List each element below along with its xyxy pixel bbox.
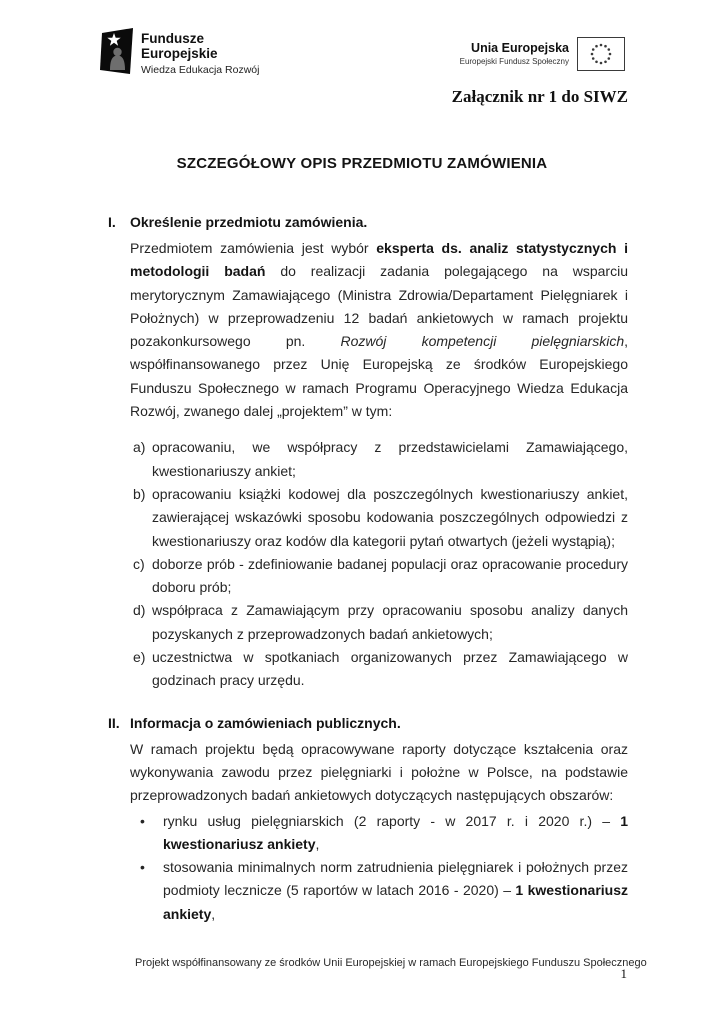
section-2-number: II.: [108, 714, 130, 732]
bullet-marker-icon: •: [140, 856, 163, 926]
attachment-label: Załącznik nr 1 do SIWZ: [452, 87, 628, 107]
list-item-marker: c): [133, 553, 152, 600]
eu-flag-icon: [577, 37, 625, 71]
bullet-item-text: stosowania minimalnych norm zatrudnienia…: [163, 856, 628, 926]
page-number: 1: [621, 966, 628, 982]
eu-logo-text: Unia Europejska Europejski Fundusz Społe…: [460, 42, 569, 66]
fundusze-logo-line1: Fundusze: [141, 31, 259, 46]
bullet-segment: rynku usług pielęgniarskich (2 raporty -…: [163, 813, 620, 829]
list-item: a) opracowaniu, we współpracy z przedsta…: [133, 436, 628, 483]
fundusze-logo-subtitle: Wiedza Edukacja Rozwój: [141, 64, 259, 76]
list-item: e) uczestnictwa w spotkaniach organizowa…: [133, 646, 628, 693]
fundusze-flag-icon: [100, 28, 133, 75]
section-1-title: Określenie przedmiotu zamówienia.: [130, 213, 367, 231]
eu-logo-line2: Europejski Fundusz Społeczny: [460, 57, 569, 66]
list-item: c) doborze prób - zdefiniowanie badanej …: [133, 553, 628, 600]
bullet-marker-icon: •: [140, 810, 163, 857]
fundusze-europejskie-logo: Fundusze Europejskie Wiedza Edukacja Roz…: [100, 28, 259, 76]
section-1-number: I.: [108, 213, 130, 231]
bullet-item: • stosowania minimalnych norm zatrudnien…: [140, 856, 628, 926]
section-1-intro-paragraph: Przedmiotem zamówienia jest wybór eksper…: [130, 237, 628, 423]
document-page: Fundusze Europejskie Wiedza Edukacja Roz…: [0, 0, 725, 1024]
eu-logo-line1: Unia Europejska: [460, 42, 569, 55]
bullet-item: • rynku usług pielęgniarskich (2 raporty…: [140, 810, 628, 857]
fundusze-logo-text: Fundusze Europejskie Wiedza Edukacja Roz…: [141, 28, 259, 76]
list-item: d) współpraca z Zamawiającym przy opraco…: [133, 599, 628, 646]
list-item-marker: d): [133, 599, 152, 646]
list-item-text: opracowaniu, we współpracy z przedstawic…: [152, 436, 628, 483]
section-2-intro-paragraph: W ramach projektu będą opracowywane rapo…: [130, 738, 628, 808]
intro-segment-italic: Rozwój kompetencji pielęgniarskich: [341, 333, 625, 349]
list-item-text: opracowaniu książki kodowej dla poszczeg…: [152, 483, 628, 553]
bullet-list: • rynku usług pielęgniarskich (2 raporty…: [140, 810, 628, 926]
document-title: SZCZEGÓŁOWY OPIS PRZEDMIOTU ZAMÓWIENIA: [113, 155, 611, 172]
person-silhouette-icon: [113, 48, 121, 56]
bullet-item-text: rynku usług pielęgniarskich (2 raporty -…: [163, 810, 628, 857]
section-2-heading: II. Informacja o zamówieniach publicznyc…: [108, 714, 628, 732]
list-item-text: uczestnictwa w spotkaniach organizowanyc…: [152, 646, 628, 693]
list-item-text: współpraca z Zamawiającym przy opracowan…: [152, 599, 628, 646]
document-body: I. Określenie przedmiotu zamówienia. Prz…: [108, 213, 628, 926]
eu-logo: Unia Europejska Europejski Fundusz Społe…: [460, 37, 625, 71]
list-item-text: doborze prób - zdefiniowanie badanej pop…: [152, 553, 628, 600]
section-1-heading: I. Określenie przedmiotu zamówienia.: [108, 213, 628, 231]
bullet-segment: ,: [211, 906, 215, 922]
list-item-marker: a): [133, 436, 152, 483]
bullet-segment: ,: [316, 836, 320, 852]
list-item-marker: e): [133, 646, 152, 693]
section-2-title: Informacja o zamówieniach publicznych.: [130, 714, 401, 732]
intro-segment: Przedmiotem zamówienia jest wybór: [130, 240, 376, 256]
lettered-list: a) opracowaniu, we współpracy z przedsta…: [133, 436, 628, 692]
list-item-marker: b): [133, 483, 152, 553]
footer-text: Projekt współfinansowany ze środków Unii…: [135, 957, 647, 969]
fundusze-logo-line2: Europejskie: [141, 46, 259, 61]
list-item: b) opracowaniu książki kodowej dla poszc…: [133, 483, 628, 553]
